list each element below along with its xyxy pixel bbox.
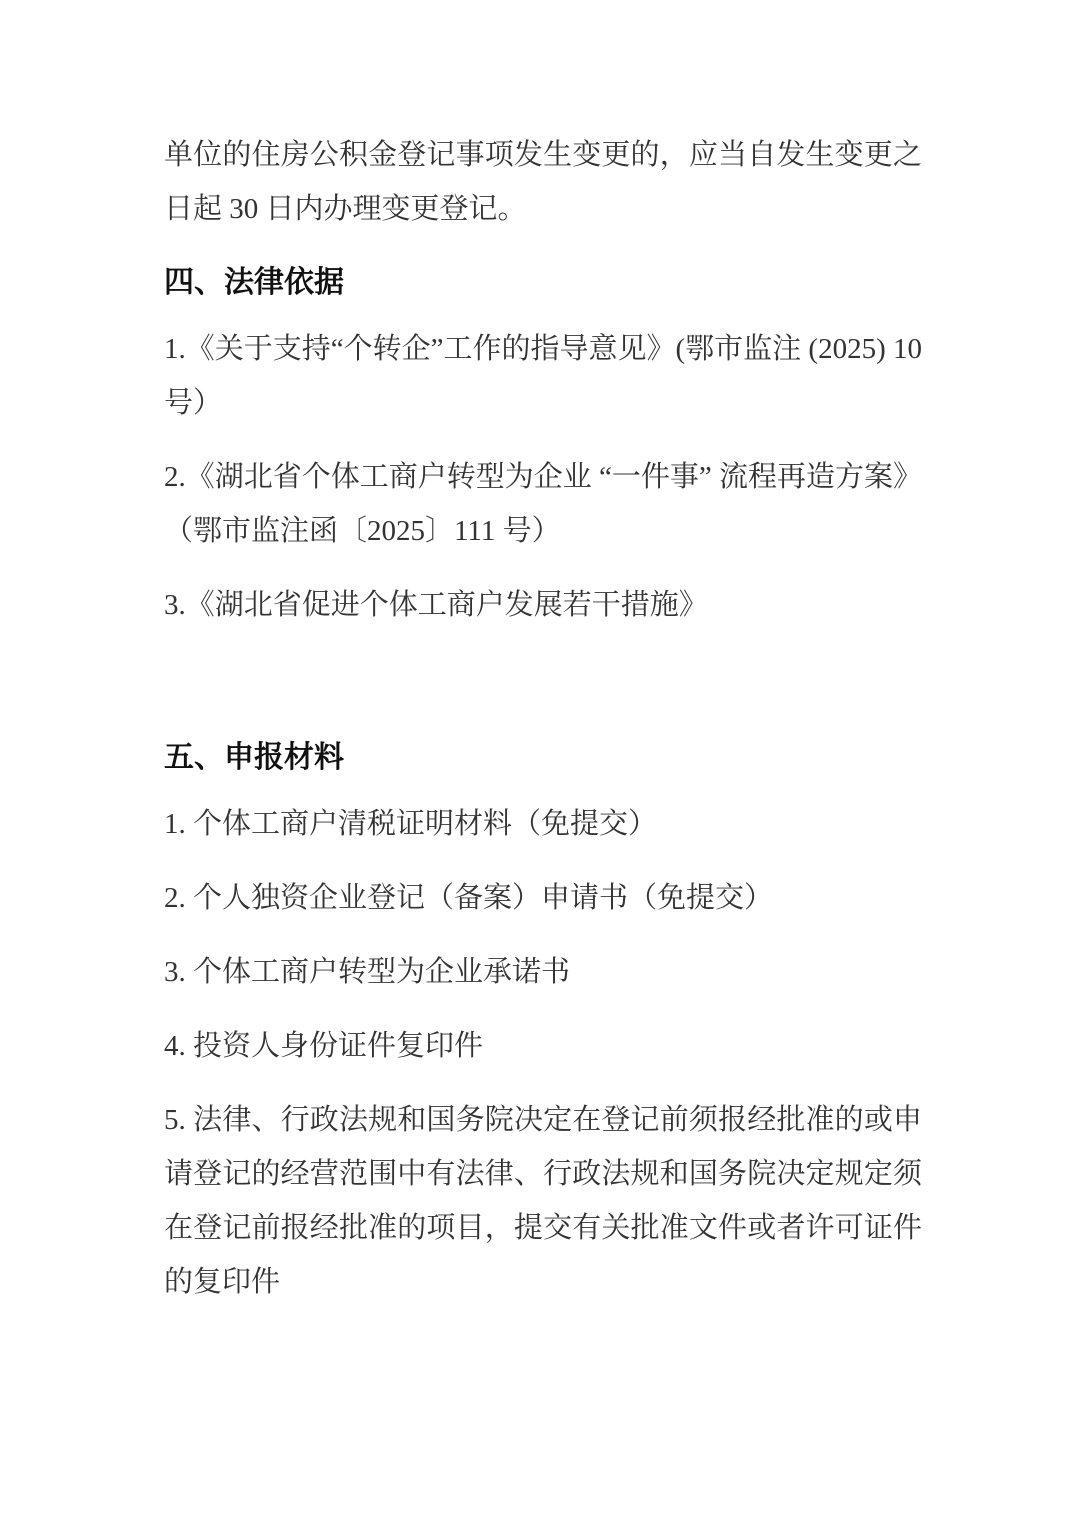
application-material-item: 5. 法律、行政法规和国务院决定在登记前须报经批准的或申请登记的经营范围中有法律… — [164, 1093, 922, 1309]
legal-basis-item: 3.《湖北省促进个体工商户发展若干措施》 — [164, 578, 922, 632]
legal-basis-item: 1.《关于支持“个转企”工作的指导意见》(鄂市监注 (2025) 10 号） — [164, 322, 922, 430]
section-spacer — [164, 652, 922, 722]
intro-paragraph: 单位的住房公积金登记事项发生变更的，应当自发生变更之日起 30 日内办理变更登记… — [164, 128, 922, 236]
application-material-item: 4. 投资人身份证件复印件 — [164, 1019, 922, 1073]
legal-basis-item: 2.《湖北省个体工商户转型为企业 “一件事” 流程再造方案》（鄂市监注函〔202… — [164, 450, 922, 558]
section-heading-application-materials: 五、申报材料 — [164, 731, 922, 785]
application-material-item: 3. 个体工商户转型为企业承诺书 — [164, 945, 922, 999]
document-page: 单位的住房公积金登记事项发生变更的，应当自发生变更之日起 30 日内办理变更登记… — [0, 0, 1074, 1520]
application-material-item: 1. 个体工商户清税证明材料（免提交） — [164, 797, 922, 851]
section-heading-legal-basis: 四、法律依据 — [164, 256, 922, 310]
application-material-item: 2. 个人独资企业登记（备案）申请书（免提交） — [164, 871, 922, 925]
